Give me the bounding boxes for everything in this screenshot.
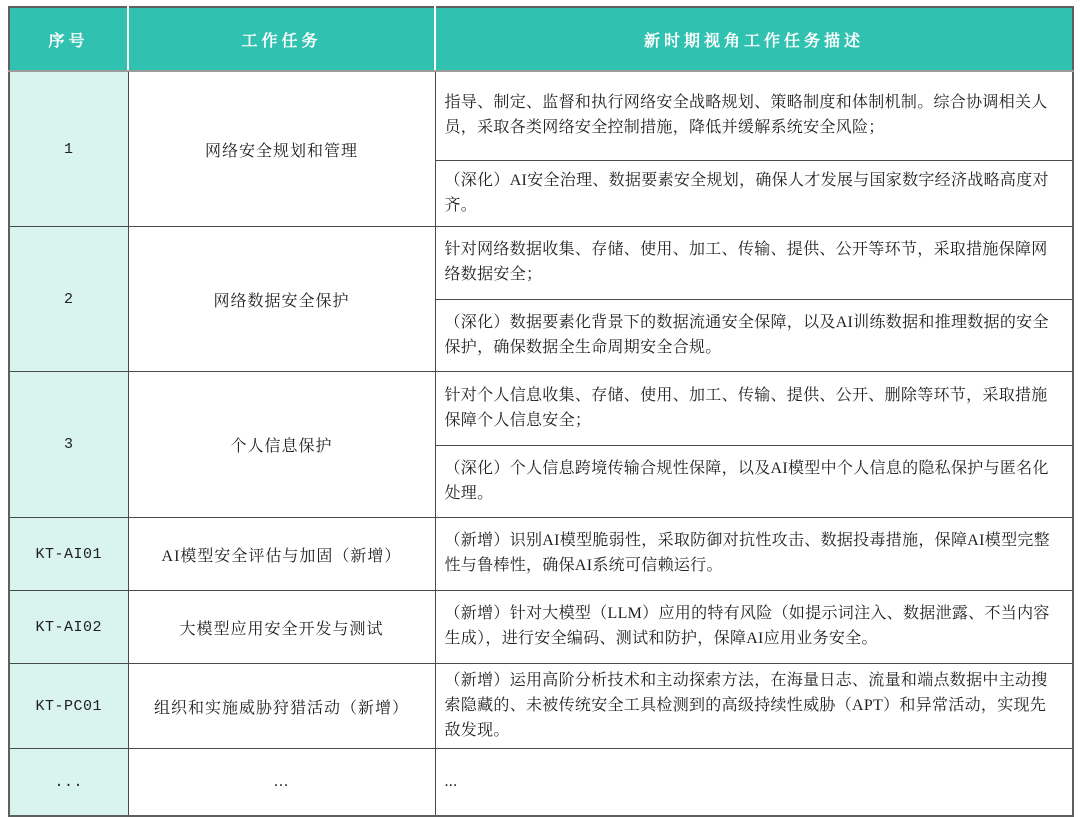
document-page: 序号 工作任务 新时期视角工作任务描述 1 网络安全规划和管理 指导、制定、监督… bbox=[0, 0, 1080, 710]
row-3-no-cell: 3 bbox=[9, 372, 128, 518]
table-header-row: 序号 工作任务 新时期视角工作任务描述 bbox=[9, 7, 1073, 71]
row-6-task-cell: 组织和实施威胁狩猎活动（新增） bbox=[128, 664, 435, 749]
header-cell-no: 序号 bbox=[9, 7, 128, 71]
row-3-task-cell: 个人信息保护 bbox=[128, 372, 435, 518]
table-row: KT-AI02 大模型应用安全开发与测试 （新增）针对大模型（LLM）应用的特有… bbox=[9, 591, 1073, 664]
row-2-desc-deepen-cell: （深化）数据要素化背景下的数据流通安全保障，以及AI训练数据和推理数据的安全保护… bbox=[435, 300, 1073, 372]
row-6-desc-cell: （新增）运用高阶分析技术和主动探索方法，在海量日志、流量和端点数据中主动搜索隐藏… bbox=[435, 664, 1073, 749]
row-1-desc-deepen-cell: （深化）AI安全治理、数据要素安全规划，确保人才发展与国家数字经济战略高度对齐。 bbox=[435, 161, 1073, 227]
table-row: KT-AI01 AI模型安全评估与加固（新增） （新增）识别AI模型脆弱性，采取… bbox=[9, 518, 1073, 591]
row-7-no-cell: ... bbox=[9, 749, 128, 817]
row-6-no-cell: KT-PC01 bbox=[9, 664, 128, 749]
row-5-no-cell: KT-AI02 bbox=[9, 591, 128, 664]
row-2-desc-main-cell: 针对网络数据收集、存储、使用、加工、传输、提供、公开等环节，采取措施保障网络数据… bbox=[435, 227, 1073, 300]
row-4-task-cell: AI模型安全评估与加固（新增） bbox=[128, 518, 435, 591]
row-1-no-cell: 1 bbox=[9, 71, 128, 227]
row-5-task-cell: 大模型应用安全开发与测试 bbox=[128, 591, 435, 664]
table-row: 3 个人信息保护 针对个人信息收集、存储、使用、加工、传输、提供、公开、删除等环… bbox=[9, 372, 1073, 446]
table-row: 2 网络数据安全保护 针对网络数据收集、存储、使用、加工、传输、提供、公开等环节… bbox=[9, 227, 1073, 300]
header-cell-desc: 新时期视角工作任务描述 bbox=[435, 7, 1073, 71]
row-1-task-cell: 网络安全规划和管理 bbox=[128, 71, 435, 227]
row-7-desc-cell: ... bbox=[435, 749, 1073, 817]
work-task-table: 序号 工作任务 新时期视角工作任务描述 1 网络安全规划和管理 指导、制定、监督… bbox=[8, 6, 1074, 817]
row-4-desc-cell: （新增）识别AI模型脆弱性，采取防御对抗性攻击、数据投毒措施，保障AI模型完整性… bbox=[435, 518, 1073, 591]
row-4-no-cell: KT-AI01 bbox=[9, 518, 128, 591]
row-3-desc-deepen-cell: （深化）个人信息跨境传输合规性保障，以及AI模型中个人信息的隐私保护与匿名化处理… bbox=[435, 446, 1073, 518]
table-row: KT-PC01 组织和实施威胁狩猎活动（新增） （新增）运用高阶分析技术和主动探… bbox=[9, 664, 1073, 749]
row-7-task-cell: ... bbox=[128, 749, 435, 817]
table-row: 1 网络安全规划和管理 指导、制定、监督和执行网络安全战略规划、策略制度和体制机… bbox=[9, 71, 1073, 161]
row-2-task-cell: 网络数据安全保护 bbox=[128, 227, 435, 372]
row-5-desc-cell: （新增）针对大模型（LLM）应用的特有风险（如提示词注入、数据泄露、不当内容生成… bbox=[435, 591, 1073, 664]
row-1-desc-main-cell: 指导、制定、监督和执行网络安全战略规划、策略制度和体制机制。综合协调相关人员，采… bbox=[435, 71, 1073, 161]
row-3-desc-main-cell: 针对个人信息收集、存储、使用、加工、传输、提供、公开、删除等环节，采取措施保障个… bbox=[435, 372, 1073, 446]
table-row: ... ... ... bbox=[9, 749, 1073, 817]
row-2-no-cell: 2 bbox=[9, 227, 128, 372]
header-cell-task: 工作任务 bbox=[128, 7, 435, 71]
